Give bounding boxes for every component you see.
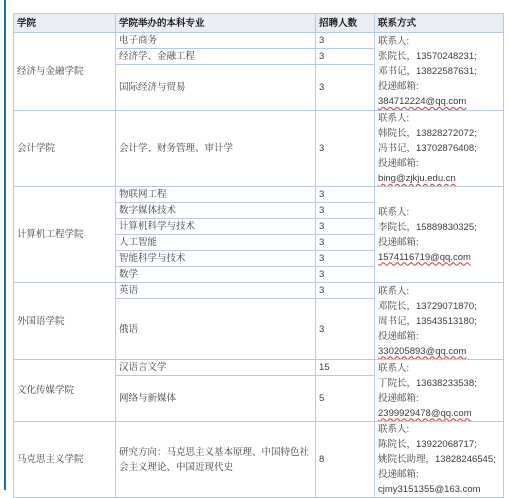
recruitment-table: 学院 学院举办的本科专业 招聘人数 联系方式 经济与金融学院 电子商务 3 联系… [13,13,504,490]
count-cell: 3 [316,283,375,299]
count-cell: 3 [316,49,375,65]
major-cell: 会计学、财务管理、审计学 [116,111,316,187]
major-cell: 电子商务 [116,33,316,49]
major-cell: 英语 [116,283,316,299]
contact-line: 投递邮箱: [378,156,500,171]
contact-line: 联系人: [378,284,500,299]
count-cell: 5 [316,376,375,422]
major-cell: 俄语 [116,299,316,360]
contact-line: 联系人: [378,34,500,49]
table-row: 马克思主义学院 研究方向：马克思主义基本原理、中国特色社会主义理论、中国近现代史… [14,422,504,491]
table-row: 经济与金融学院 电子商务 3 联系人: 张院长，13570248231; 邓书记… [14,33,504,49]
count-cell: 8 [316,422,375,491]
college-cell: 计算机工程学院 [14,187,116,283]
contact-line: 联系人: [378,361,500,376]
contact-line: 联系人: [378,111,500,126]
left-accent-bar [4,0,6,490]
contact-line: 投递邮箱: [378,79,500,94]
contact-line: 投递邮箱: [378,391,500,406]
contact-line: 邓书记，13822587631; [378,64,500,79]
major-cell: 数字媒体技术 [116,203,316,219]
count-cell: 3 [316,33,375,49]
table-row: 计算机工程学院 物联网工程 3 联系人: 李院长，15889830325; 投递… [14,187,504,203]
contact-line: 陈院长，13922068717; [378,437,500,452]
table-row: 外国语学院 英语 3 联系人: 邓院长，13729071870; 周书记，135… [14,283,504,299]
contact-cell: 联系人: 邓院长，13729071870; 周书记，13543513180; 投… [375,283,504,360]
major-cell: 人工智能 [116,235,316,251]
table-row: 会计学院 会计学、财务管理、审计学 3 联系人: 韩院长，13828272072… [14,111,504,187]
column-header-count: 招聘人数 [316,14,375,33]
contact-line: 韩院长，13828272072; [378,126,500,141]
contact-line: 丁院长，13638233538; [378,376,500,391]
contact-line: 冯书记，13702876408; [378,141,500,156]
contact-line: 李院长，15889830325; [378,220,500,235]
count-cell: 3 [316,111,375,187]
column-header-contact: 联系方式 [375,14,504,33]
contact-email: cjmy3151355@163.com [378,482,500,490]
major-cell: 国际经济与贸易 [116,65,316,111]
major-cell: 经济学、金融工程 [116,49,316,65]
count-cell: 3 [316,187,375,203]
contact-line: 联系人: [378,422,500,437]
header-row: 学院 学院举办的本科专业 招聘人数 联系方式 [14,14,504,33]
column-header-college: 学院 [14,14,116,33]
contact-cell: 联系人: 韩院长，13828272072; 冯书记，13702876408; 投… [375,111,504,187]
contact-line: 投递邮箱: [378,235,500,250]
count-cell: 3 [316,299,375,360]
contact-line: 周书记，13543513180; [378,314,500,329]
count-cell: 3 [316,203,375,219]
major-cell: 网络与新媒体 [116,376,316,422]
college-cell: 外国语学院 [14,283,116,360]
major-cell: 计算机科学与技术 [116,219,316,235]
column-header-majors: 学院举办的本科专业 [116,14,316,33]
contact-line: 投递邮箱: [378,329,500,344]
contact-cell: 联系人: 李院长，15889830325; 投递邮箱: 1574116719@q… [375,187,504,283]
count-cell: 3 [316,251,375,267]
major-cell: 物联网工程 [116,187,316,203]
contact-line: 投递邮箱: [378,467,500,482]
contact-cell: 联系人: 陈院长，13922068717; 姚院长助理，13828246545;… [375,422,504,491]
major-cell: 数学 [116,267,316,283]
count-cell: 3 [316,267,375,283]
count-cell: 3 [316,219,375,235]
major-cell: 研究方向：马克思主义基本原理、中国特色社会主义理论、中国近现代史 [116,422,316,491]
contact-email: 330205893@qq.com [378,344,500,359]
major-cell: 汉语言文学 [116,360,316,376]
college-cell: 马克思主义学院 [14,422,116,491]
contact-email: 384712224@qq.com [378,94,500,109]
count-cell: 15 [316,360,375,376]
contact-cell: 联系人: 丁院长，13638233538; 投递邮箱: 2399929478@q… [375,360,504,422]
table-row: 文化传媒学院 汉语言文学 15 联系人: 丁院长，13638233538; 投递… [14,360,504,376]
major-cell: 智能科学与技术 [116,251,316,267]
college-cell: 经济与金融学院 [14,33,116,111]
recruitment-table-container: 学院 学院举办的本科专业 招聘人数 联系方式 经济与金融学院 电子商务 3 联系… [13,13,504,490]
contact-line: 张院长，13570248231; [378,49,500,64]
contact-line: 姚院长助理，13828246545; [378,452,500,467]
college-cell: 会计学院 [14,111,116,187]
contact-email: bing@zjkju.edu.cn [378,171,500,186]
contact-email: 2399929478@qq.com [378,406,500,421]
contact-line: 联系人: [378,205,500,220]
count-cell: 3 [316,65,375,111]
count-cell: 3 [316,235,375,251]
college-cell: 文化传媒学院 [14,360,116,422]
contact-line: 邓院长，13729071870; [378,299,500,314]
contact-email: 1574116719@qq.com [378,250,500,265]
contact-cell: 联系人: 张院长，13570248231; 邓书记，13822587631; 投… [375,33,504,111]
